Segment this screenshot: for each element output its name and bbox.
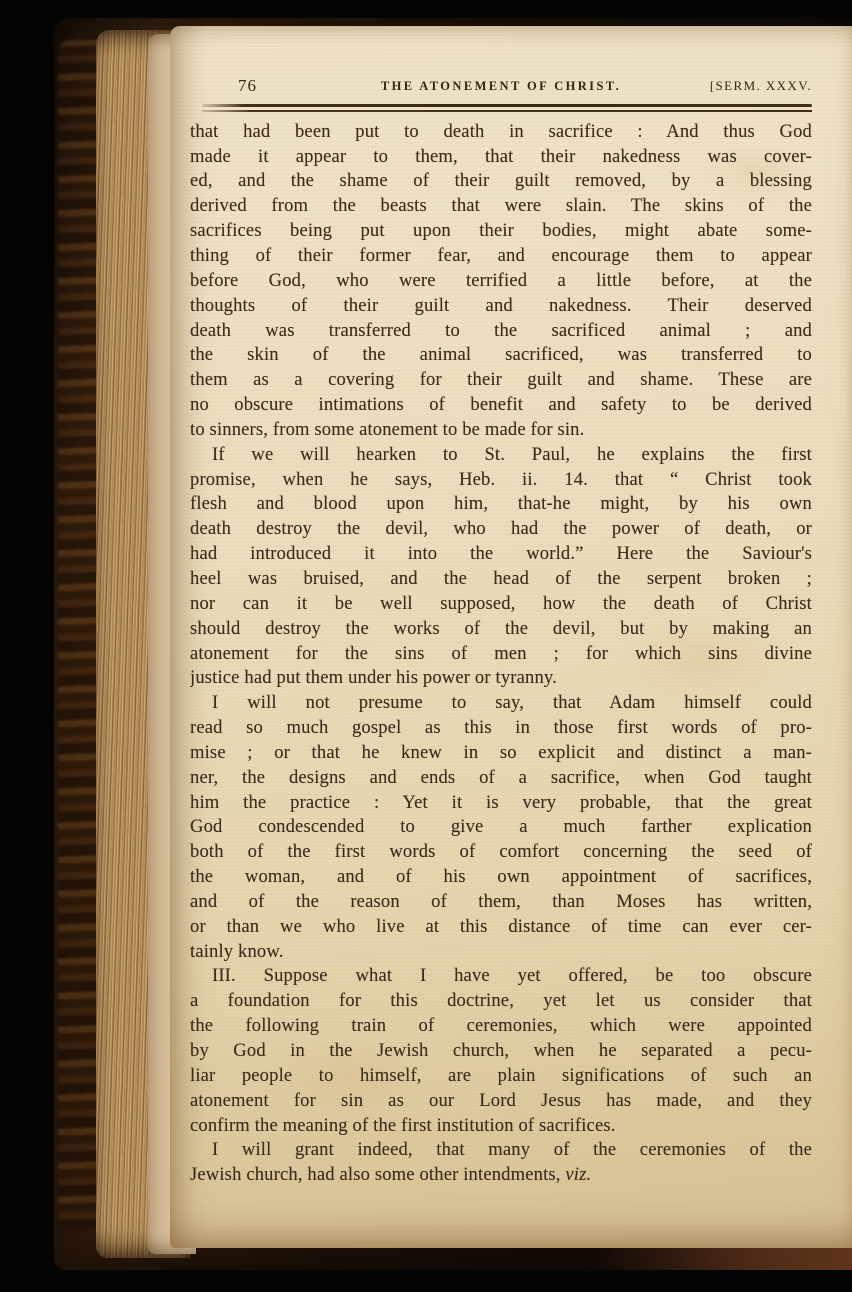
text-line: that had been put to death in sacrifice …: [190, 120, 812, 145]
text-line: Jewish church, had also some other inten…: [190, 1163, 812, 1188]
book-page: 76 THE ATONEMENT OF CHRIST. [SERM. XXXV.…: [170, 26, 852, 1248]
text-line: the skin of the animal sacrificed, was t…: [190, 343, 812, 368]
text-line: a foundation for this doctrine, yet let …: [190, 989, 812, 1014]
text-line: had introduced it into the world.” Here …: [190, 542, 812, 567]
text-line: justice had put them under his power or …: [190, 666, 812, 691]
text-line: confirm the meaning of the first institu…: [190, 1114, 812, 1139]
text-line: should destroy the works of the devil, b…: [190, 617, 812, 642]
text-line: the following train of ceremonies, which…: [190, 1014, 812, 1039]
text-line: or than we who live at this distance of …: [190, 915, 812, 940]
paragraph: I will grant indeed, that many of the ce…: [190, 1138, 812, 1188]
book-scan-photo: 76 THE ATONEMENT OF CHRIST. [SERM. XXXV.…: [0, 0, 852, 1292]
rule-top-line: [202, 104, 812, 107]
text-line: them as a covering for their guilt and s…: [190, 368, 812, 393]
text-line: read so much gospel as this in those fir…: [190, 716, 812, 741]
text-line: flesh and blood upon him, that-he might,…: [190, 492, 812, 517]
text-line: mise ; or that he knew in so explicit an…: [190, 741, 812, 766]
text-line: ner, the designs and ends of a sacrifice…: [190, 766, 812, 791]
text-line: both of the first words of comfort conce…: [190, 840, 812, 865]
italic-abbreviation: viz.: [565, 1164, 591, 1185]
page-content: 76 THE ATONEMENT OF CHRIST. [SERM. XXXV.…: [170, 76, 852, 1188]
text-line: liar people to himself, are plain signif…: [190, 1064, 812, 1089]
text-line: I will grant indeed, that many of the ce…: [190, 1138, 812, 1163]
header-double-rule: [190, 104, 812, 112]
text-line: thoughts of their guilt and nakedness. T…: [190, 294, 812, 319]
text-line: the woman, and of his own appointment of…: [190, 865, 812, 890]
text-line: him the practice : Yet it is very probab…: [190, 791, 812, 816]
text-line: to sinners, from some atonement to be ma…: [190, 418, 812, 443]
text-line: I will not presume to say, that Adam him…: [190, 691, 812, 716]
text-line: death destroy the devil, who had the pow…: [190, 517, 812, 542]
text-line: and of the reason of them, than Moses ha…: [190, 890, 812, 915]
text-line: death was transferred to the sacrificed …: [190, 319, 812, 344]
text-line: derived from the beasts that were slain.…: [190, 194, 812, 219]
text-line: tainly know.: [190, 940, 812, 965]
paragraph: III. Suppose what I have yet offered, be…: [190, 964, 812, 1138]
paragraph: I will not presume to say, that Adam him…: [190, 691, 812, 964]
text-line: sacrifices being put upon their bodies, …: [190, 219, 812, 244]
text-line: ed, and the shame of their guilt removed…: [190, 169, 812, 194]
text-line: God condescended to give a much farther …: [190, 815, 812, 840]
page-body: that had been put to death in sacrifice …: [190, 120, 812, 1188]
text-line: by God in the Jewish church, when he sep…: [190, 1039, 812, 1064]
text-line: no obscure intimations of benefit and sa…: [190, 393, 812, 418]
text-line: before God, who were terrified a little …: [190, 269, 812, 294]
text-line: III. Suppose what I have yet offered, be…: [190, 964, 812, 989]
text-line: If we will hearken to St. Paul, he expla…: [190, 443, 812, 468]
text-line: made it appear to them, that their naked…: [190, 145, 812, 170]
text-line: atonement for sin as our Lord Jesus has …: [190, 1089, 812, 1114]
page-header: 76 THE ATONEMENT OF CHRIST. [SERM. XXXV.: [190, 76, 812, 98]
sermon-label: [SERM. XXXV.: [710, 78, 812, 94]
text-line: thing of their former fear, and encourag…: [190, 244, 812, 269]
text-line: nor can it be well supposed, how the dea…: [190, 592, 812, 617]
rule-bottom-line: [202, 110, 812, 112]
text-line: promise, when he says, Heb. ii. 14. that…: [190, 468, 812, 493]
text-line: heel was bruised, and the head of the se…: [190, 567, 812, 592]
paragraph: that had been put to death in sacrifice …: [190, 120, 812, 443]
text-line: atonement for the sins of men ; for whic…: [190, 642, 812, 667]
paragraph: If we will hearken to St. Paul, he expla…: [190, 443, 812, 691]
